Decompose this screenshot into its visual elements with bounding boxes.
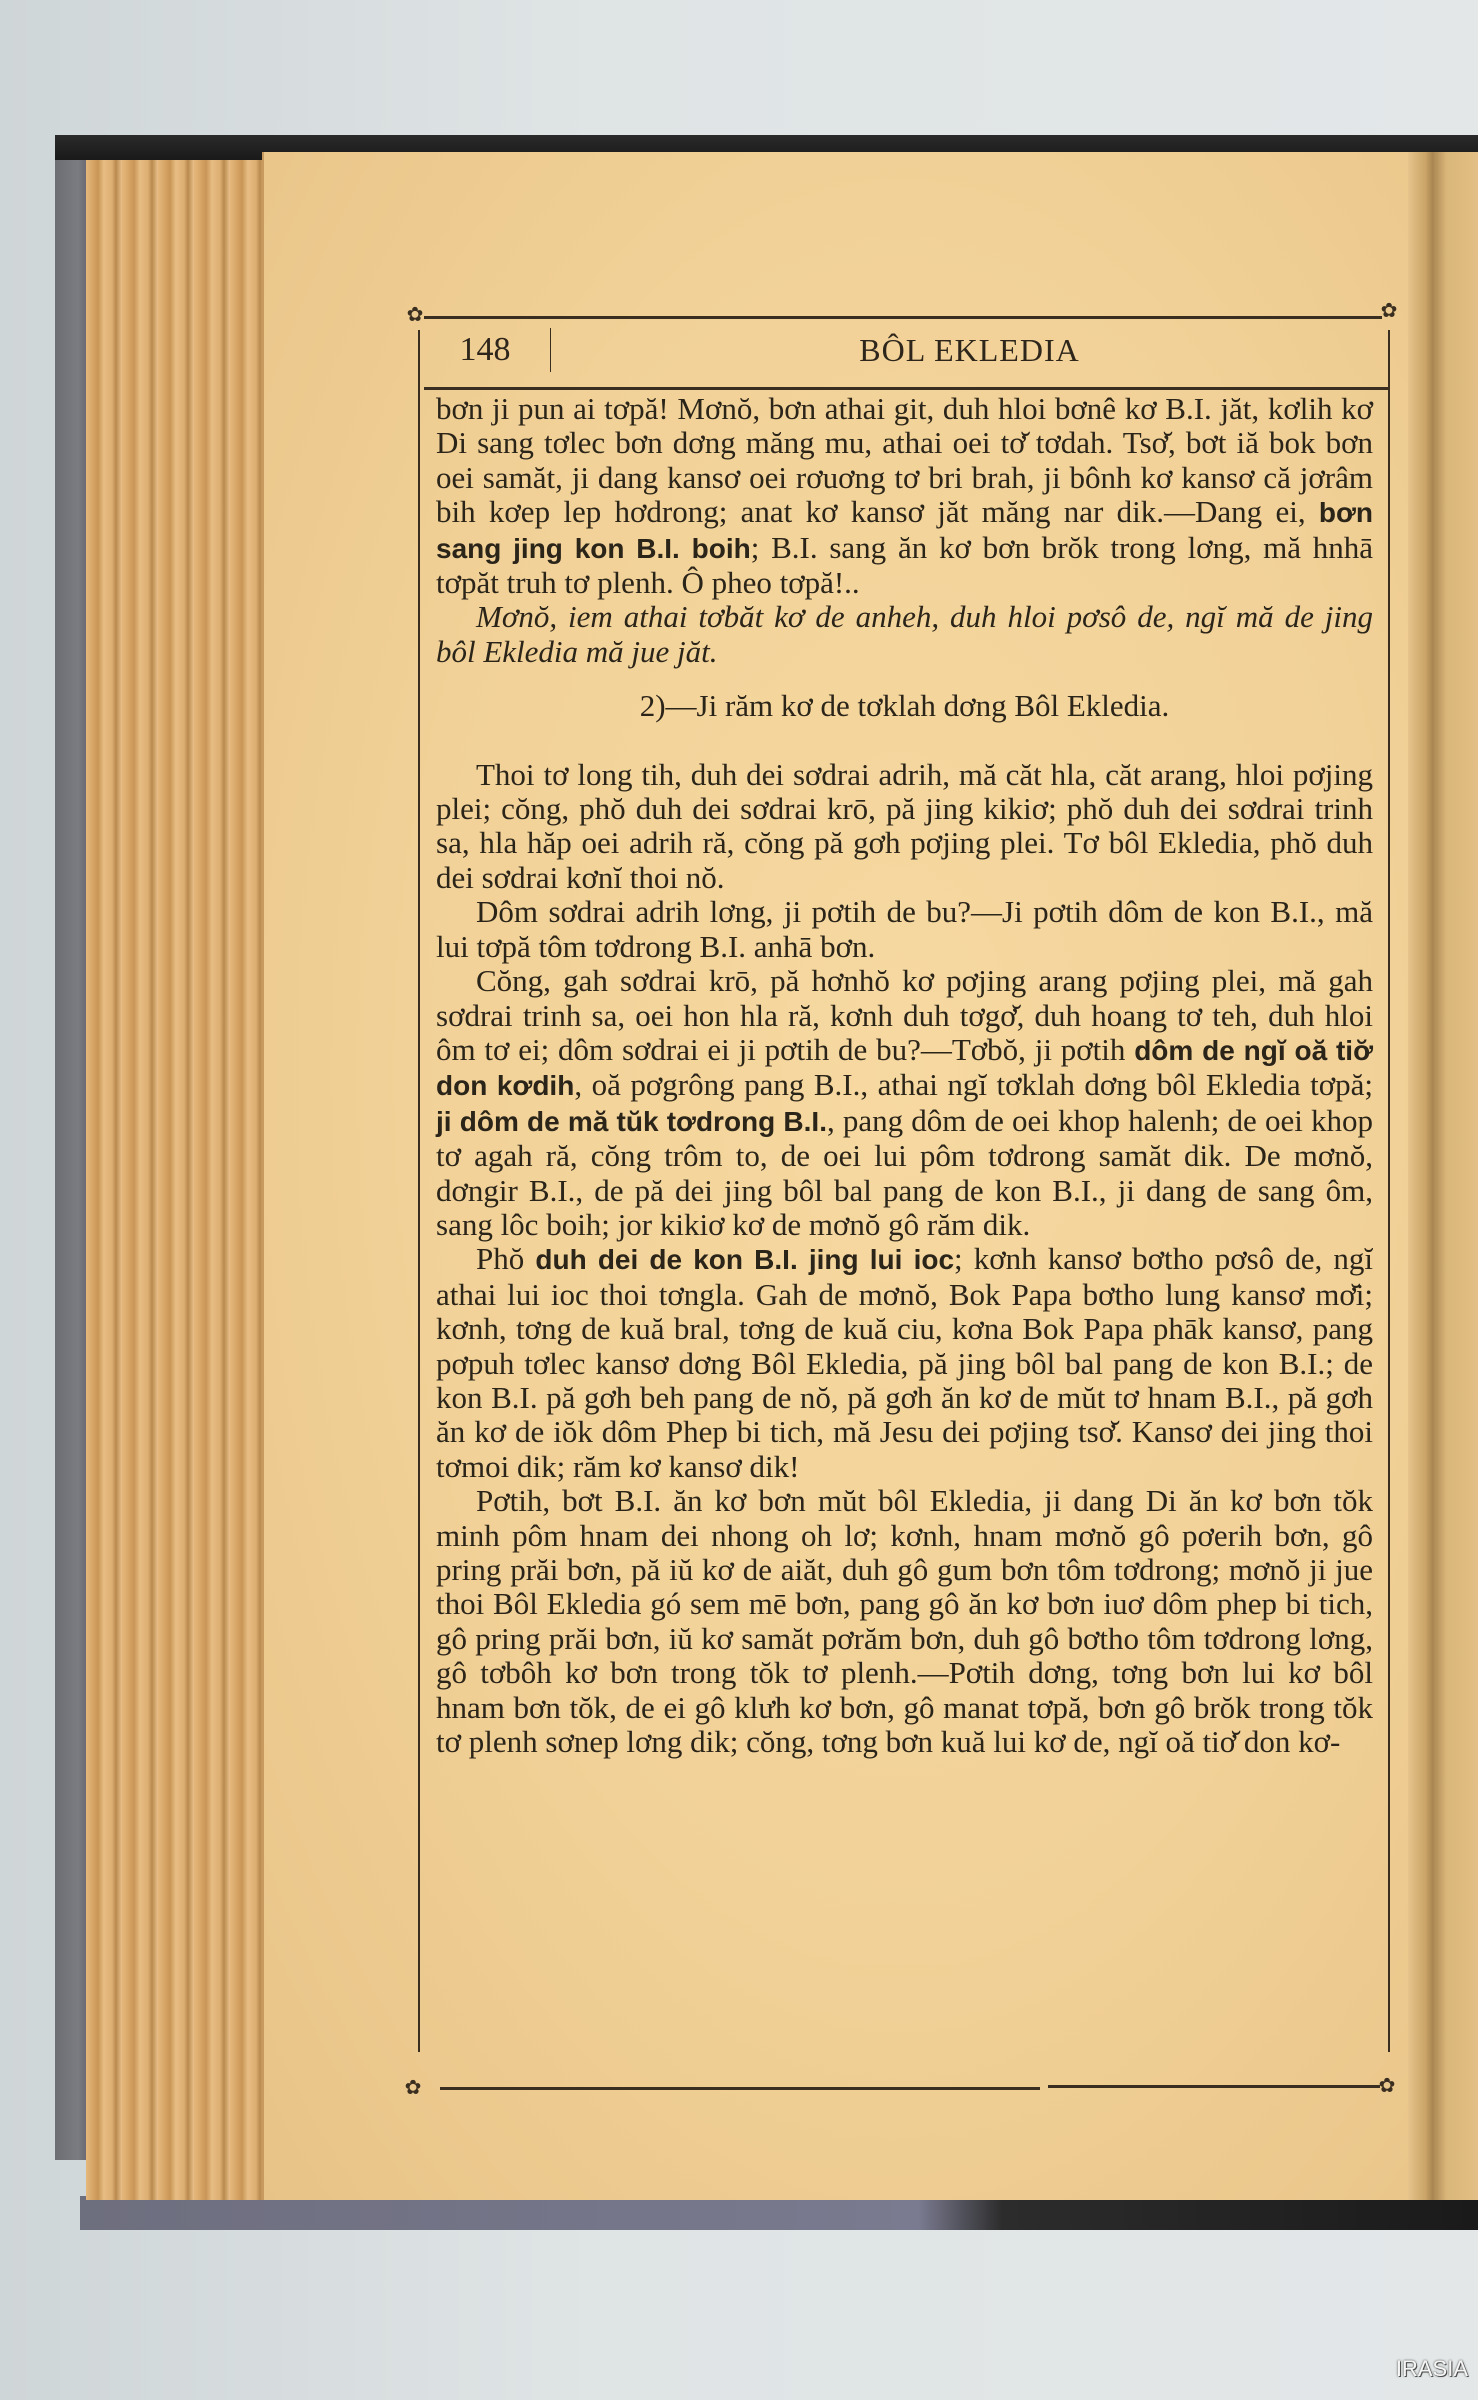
bottom-rule-left	[440, 2087, 1040, 2090]
corner-ornament-top-right: ✿	[1380, 300, 1398, 322]
top-rule	[424, 316, 1382, 319]
paragraph-continued: bơn ji pun ai tơpă! Mơnŏ, bơn athai git,…	[436, 392, 1373, 600]
page-body: bơn ji pun ai tơpă! Mơnŏ, bơn athai git,…	[436, 392, 1373, 1759]
paragraph: Thoi tơ long tih, duh dei sơdrai adrih, …	[436, 758, 1373, 896]
paragraph: Pơtih, bơt B.I. ăn kơ bơn mŭt bôl Ekledi…	[436, 1484, 1373, 1759]
book-gutter	[1408, 152, 1478, 2200]
paragraph-text: , oă pơgrông pang B.I., athai ngĭ tơklah…	[574, 1067, 1373, 1102]
paragraph-text: bơn ji pun ai tơpă! Mơnŏ, bơn athai git,…	[436, 391, 1373, 529]
paragraph: Dôm sơdrai adrih lơng, ji pơtih de bu?—J…	[436, 895, 1373, 964]
book-cover-bottom-edge	[80, 2196, 1478, 2230]
right-frame-rule	[1388, 330, 1390, 2052]
corner-ornament-bottom-left: ✿	[404, 2077, 422, 2099]
paragraph: Cŏng, gah sơdrai krō, pă hơnhŏ kơ pơjing…	[436, 964, 1373, 1242]
stacked-page-edges	[86, 160, 276, 2200]
bold-phrase: duh dei de kon B.I. jing lui ioc	[535, 1244, 954, 1275]
paragraph-text: ; kơnh kansơ bơtho pơsô de, ngĭ athai lu…	[436, 1241, 1373, 1483]
bottom-rule-right	[1048, 2085, 1380, 2088]
section-heading: 2)—Ji răm kơ de tơklah dơng Bôl Ekledia.	[436, 689, 1373, 723]
page-number: 148	[420, 331, 550, 369]
italic-exhortation: Mơnŏ, iem athai tơbăt kơ de anheh, duh h…	[436, 600, 1373, 669]
bold-phrase: ji dôm de mă tŭk tơdrong B.I.	[436, 1106, 827, 1137]
running-header: 148 BÔL EKLEDIA	[420, 322, 1388, 378]
paragraph-text: Phŏ	[476, 1241, 524, 1276]
watermark-label: IRASIA	[1396, 2356, 1468, 2382]
running-title: BÔL EKLEDIA	[551, 332, 1388, 369]
left-frame-rule	[418, 330, 420, 2052]
header-bottom-rule	[424, 387, 1388, 390]
paragraph: Phŏ duh dei de kon B.I. jing lui ioc; kơ…	[436, 1242, 1373, 1484]
corner-ornament-bottom-right: ✿	[1378, 2075, 1396, 2097]
